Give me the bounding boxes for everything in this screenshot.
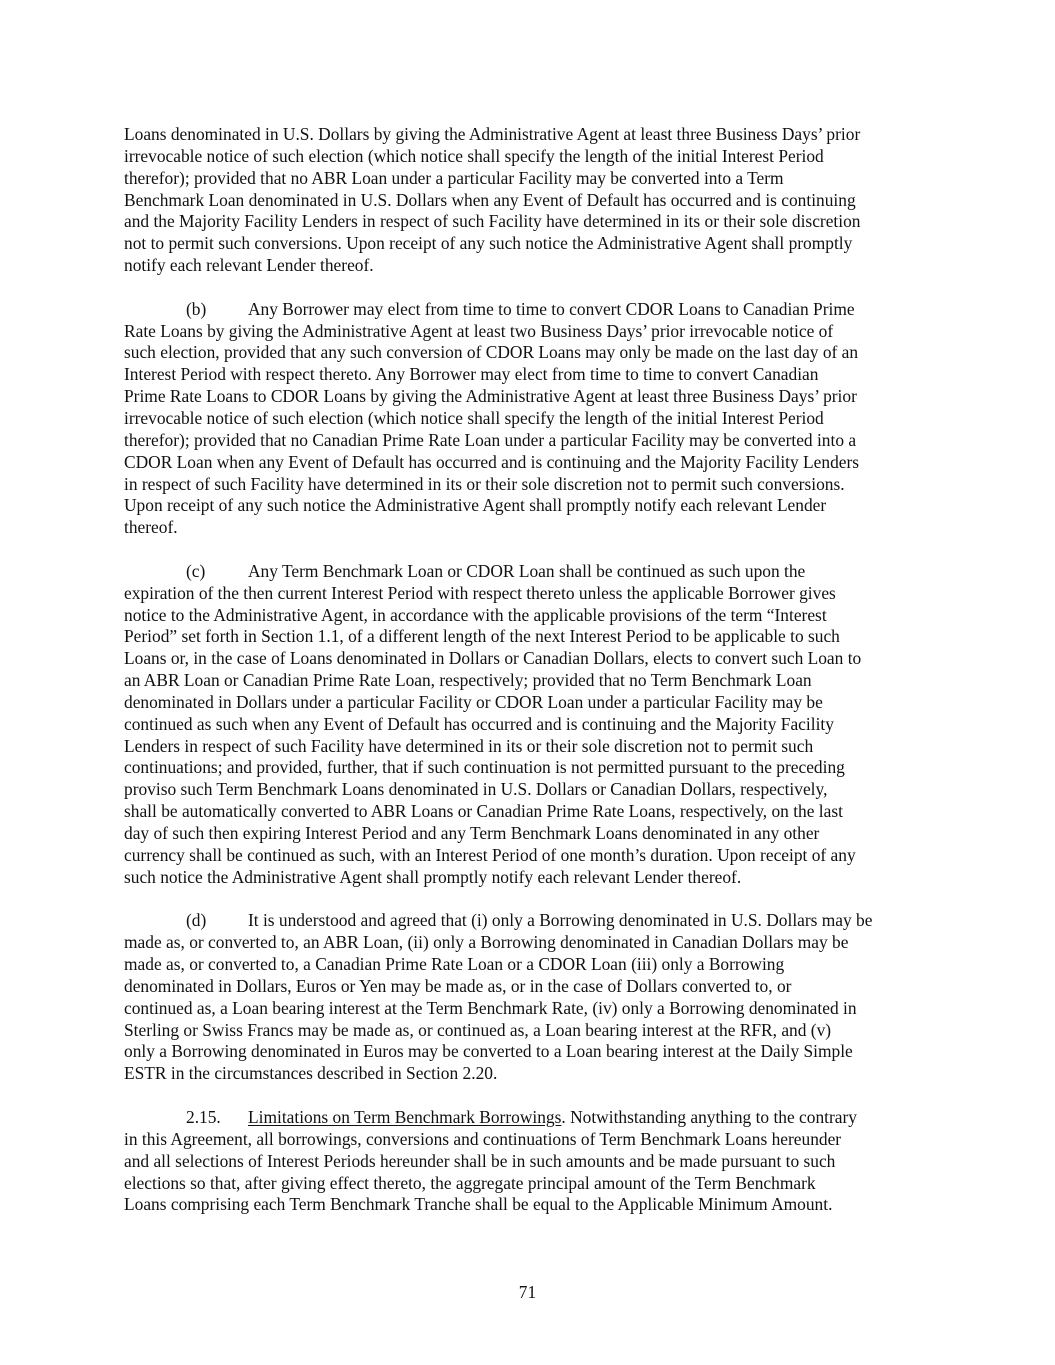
text-line: only a Borrowing denominated in Euros ma… xyxy=(124,1041,944,1063)
text-line: therefor); provided that no Canadian Pri… xyxy=(124,430,944,452)
text-line: shall be automatically converted to ABR … xyxy=(124,801,944,823)
text-line: currency shall be continued as such, wit… xyxy=(124,845,944,867)
text-line: elections so that, after giving effect t… xyxy=(124,1173,944,1195)
text-line: Loans comprising each Term Benchmark Tra… xyxy=(124,1194,944,1216)
text-line: expiration of the then current Interest … xyxy=(124,583,944,605)
paragraph-label: (b) xyxy=(186,299,248,321)
text-line: continuations; and provided, further, th… xyxy=(124,757,944,779)
paragraph-label: (c) xyxy=(186,561,248,583)
text-line: CDOR Loan when any Event of Default has … xyxy=(124,452,944,474)
paragraph-first-line: (c)Any Term Benchmark Loan or CDOR Loan … xyxy=(124,561,944,583)
section-2-15: 2.15.Limitations on Term Benchmark Borro… xyxy=(124,1107,944,1216)
text-line: Loans denominated in U.S. Dollars by giv… xyxy=(124,124,944,146)
text-line: Period” set forth in Section 1.1, of a d… xyxy=(124,626,944,648)
text-line: made as, or converted to, an ABR Loan, (… xyxy=(124,932,944,954)
text-line: . Notwithstanding anything to the contra… xyxy=(561,1107,857,1127)
text-line: irrevocable notice of such election (whi… xyxy=(124,146,944,168)
section-heading: Limitations on Term Benchmark Borrowings xyxy=(248,1107,561,1127)
text-line: Rate Loans by giving the Administrative … xyxy=(124,321,944,343)
text-line: and the Majority Facility Lenders in res… xyxy=(124,211,944,233)
paragraph-first-line: (d)It is understood and agreed that (i) … xyxy=(124,910,944,932)
text-line: proviso such Term Benchmark Loans denomi… xyxy=(124,779,944,801)
text-line: in respect of such Facility have determi… xyxy=(124,474,944,496)
paragraph-label: (d) xyxy=(186,910,248,932)
text-line: in this Agreement, all borrowings, conve… xyxy=(124,1129,944,1151)
document-page: Loans denominated in U.S. Dollars by giv… xyxy=(124,124,944,1238)
text-line: such election, provided that any such co… xyxy=(124,342,944,364)
paragraph-continuation: Loans denominated in U.S. Dollars by giv… xyxy=(124,124,944,277)
text-line: irrevocable notice of such election (whi… xyxy=(124,408,944,430)
text-line: not to permit such conversions. Upon rec… xyxy=(124,233,944,255)
section-number: 2.15. xyxy=(186,1107,248,1129)
text-line: Prime Rate Loans to CDOR Loans by giving… xyxy=(124,386,944,408)
text-line: and all selections of Interest Periods h… xyxy=(124,1151,944,1173)
text-line: Any Term Benchmark Loan or CDOR Loan sha… xyxy=(248,561,805,581)
text-line: made as, or converted to, a Canadian Pri… xyxy=(124,954,944,976)
text-line: Interest Period with respect thereto. An… xyxy=(124,364,944,386)
text-line: Lenders in respect of such Facility have… xyxy=(124,736,944,758)
page-number: 71 xyxy=(0,1282,1055,1303)
text-line: Loans or, in the case of Loans denominat… xyxy=(124,648,944,670)
text-line: Any Borrower may elect from time to time… xyxy=(248,299,855,319)
text-line: denominated in Dollars under a particula… xyxy=(124,692,944,714)
text-line: Sterling or Swiss Francs may be made as,… xyxy=(124,1020,944,1042)
text-line: day of such then expiring Interest Perio… xyxy=(124,823,944,845)
paragraph-d: (d)It is understood and agreed that (i) … xyxy=(124,910,944,1085)
text-line: ESTR in the circumstances described in S… xyxy=(124,1063,944,1085)
text-line: Benchmark Loan denominated in U.S. Dolla… xyxy=(124,190,944,212)
text-line: It is understood and agreed that (i) onl… xyxy=(248,910,872,930)
text-line: an ABR Loan or Canadian Prime Rate Loan,… xyxy=(124,670,944,692)
paragraph-c: (c)Any Term Benchmark Loan or CDOR Loan … xyxy=(124,561,944,889)
text-line: denominated in Dollars, Euros or Yen may… xyxy=(124,976,944,998)
text-line: therefor); provided that no ABR Loan und… xyxy=(124,168,944,190)
text-line: continued as such when any Event of Defa… xyxy=(124,714,944,736)
paragraph-b: (b)Any Borrower may elect from time to t… xyxy=(124,299,944,539)
paragraph-first-line: 2.15.Limitations on Term Benchmark Borro… xyxy=(124,1107,944,1129)
text-line: thereof. xyxy=(124,517,944,539)
text-line: notify each relevant Lender thereof. xyxy=(124,255,944,277)
paragraph-first-line: (b)Any Borrower may elect from time to t… xyxy=(124,299,944,321)
text-line: continued as, a Loan bearing interest at… xyxy=(124,998,944,1020)
text-line: Upon receipt of any such notice the Admi… xyxy=(124,495,944,517)
text-line: notice to the Administrative Agent, in a… xyxy=(124,605,944,627)
text-line: such notice the Administrative Agent sha… xyxy=(124,867,944,889)
